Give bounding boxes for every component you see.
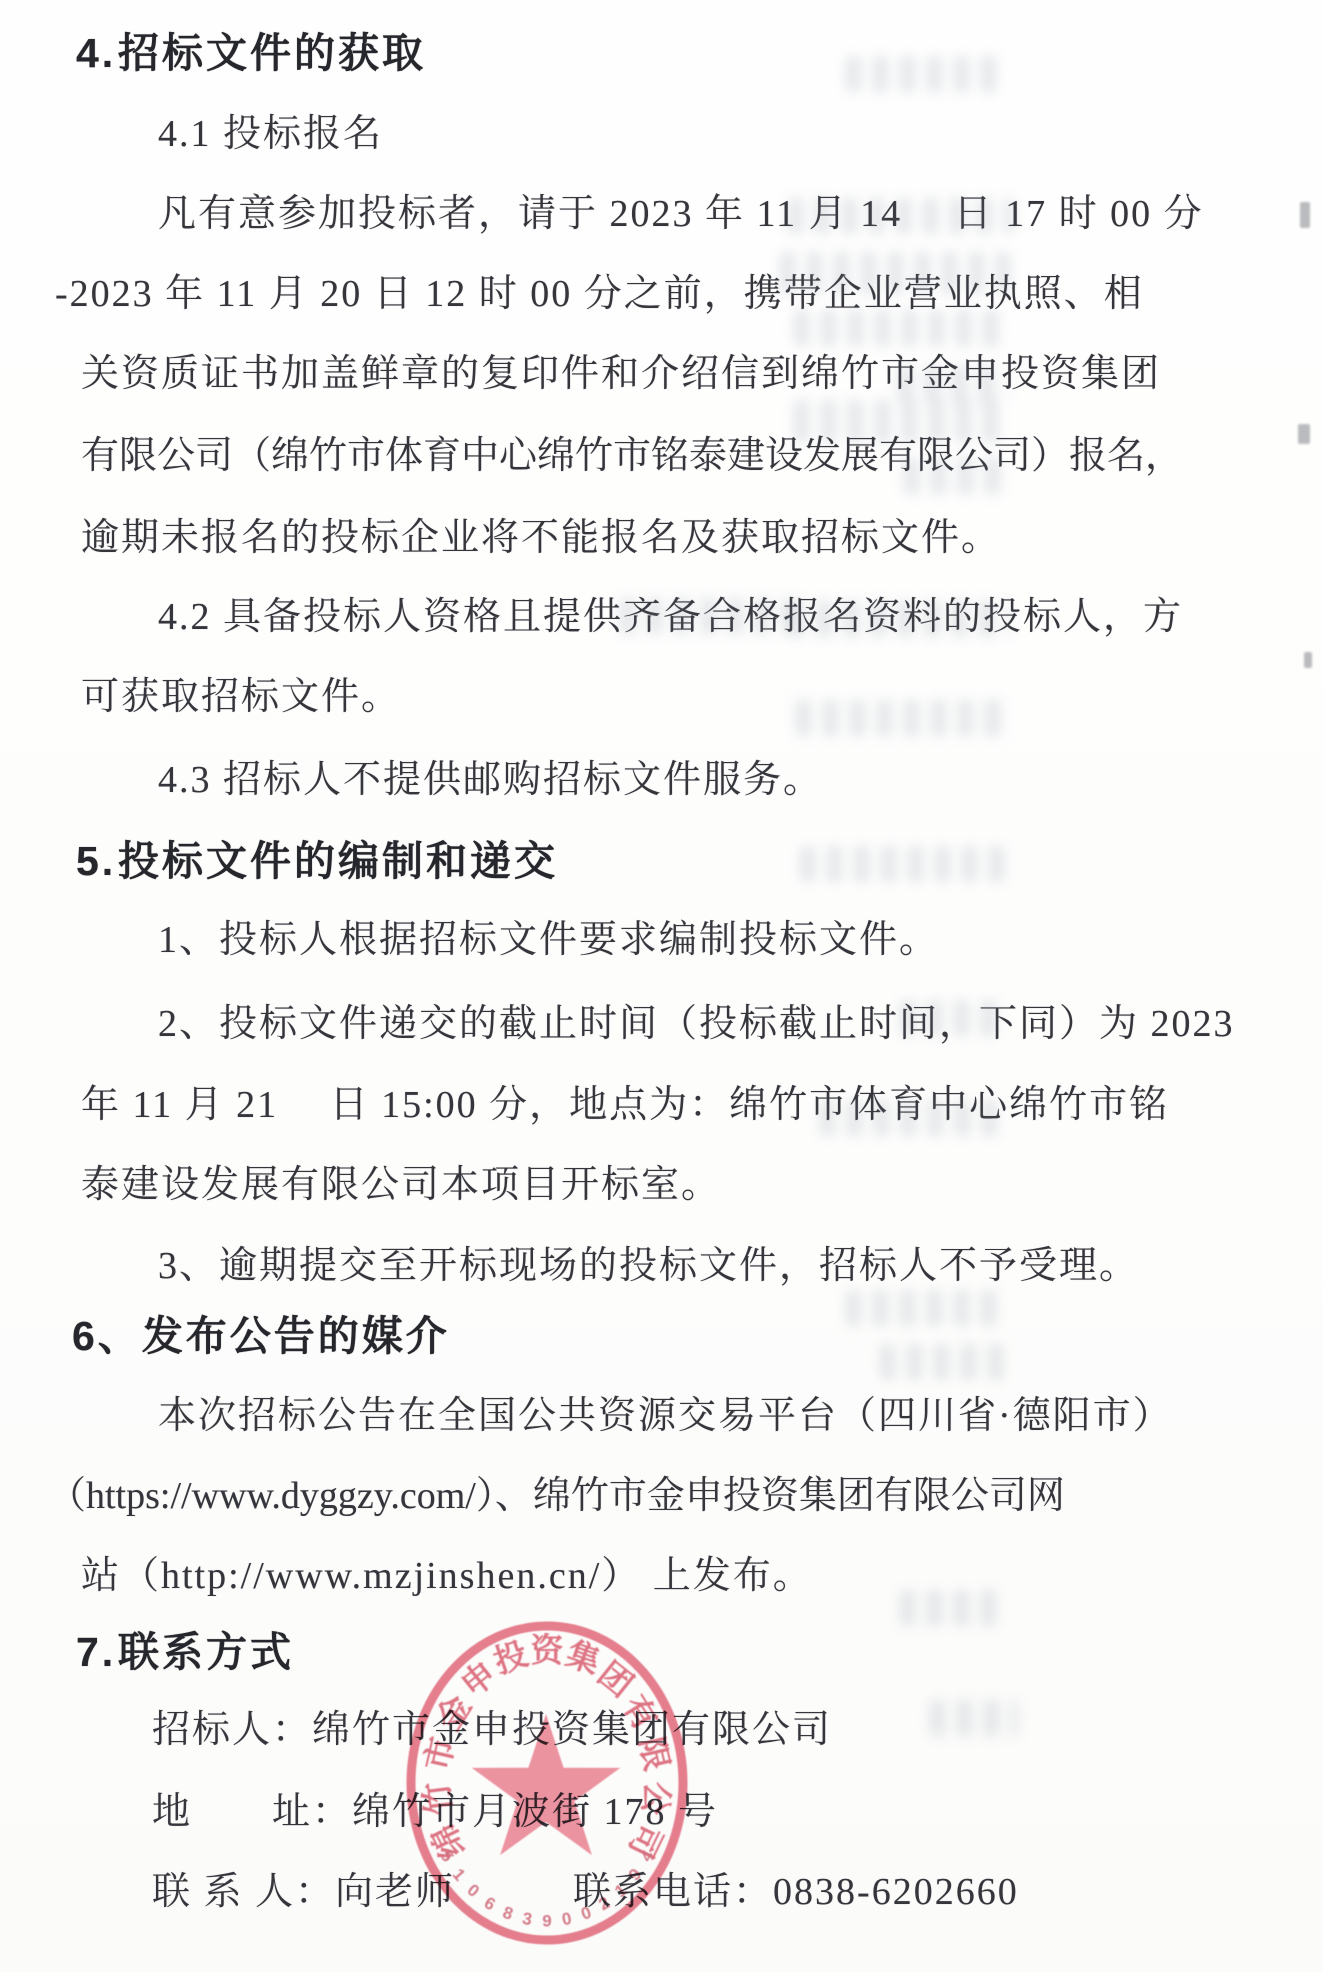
section-5-heading: 5. 投标文件的编制和递交	[76, 836, 558, 886]
contact-person-label: 联 系 人：	[152, 1871, 335, 1913]
bleedthrough-smudge	[820, 1100, 1008, 1136]
bidder-label: 招标人：	[152, 1709, 312, 1751]
bleedthrough-smudge	[900, 1000, 1008, 1036]
document-line: （https://www.dyggzy.com/）、绵竹市金申投资集团有限公司网	[48, 1472, 1065, 1520]
section-number: 5.	[76, 836, 118, 886]
bleedthrough-smudge	[794, 310, 1008, 346]
svg-text:0: 0	[578, 1903, 593, 1924]
section-number: 7.	[76, 1627, 118, 1677]
svg-text:资: 资	[531, 1632, 565, 1669]
document-line: 可获取招标文件。	[81, 673, 401, 721]
section-number: 6、	[72, 1311, 142, 1361]
bleedthrough-smudge	[900, 1590, 1008, 1626]
section-title: 联系方式	[118, 1627, 294, 1677]
svg-text:竹: 竹	[417, 1780, 458, 1817]
document-line: 有限公司（绵竹市体育中心绵竹市铭泰建设发展有限公司）报名，	[81, 432, 1183, 480]
document-line: 3、逾期提交至开标现场的投标文件，招标人不予受理。	[158, 1242, 1139, 1290]
bleedthrough-smudge	[846, 56, 1006, 92]
section-7-heading: 7. 联系方式	[76, 1627, 294, 1677]
bleedthrough-smudge	[930, 1700, 1018, 1736]
phone-value: 0838-6202660	[773, 1871, 1019, 1913]
address-label: 地 址：	[152, 1791, 352, 1833]
seal-star-icon	[472, 1714, 620, 1855]
svg-text:6: 6	[481, 1893, 498, 1914]
document-line: 泰建设发展有限公司本项目开标室。	[81, 1161, 721, 1209]
document-line: 站（http://www.mzjinshen.cn/） 上发布。	[81, 1552, 813, 1600]
svg-text:0: 0	[464, 1880, 483, 1901]
svg-text:1: 1	[611, 1880, 630, 1901]
section-number: 4.	[76, 28, 118, 78]
section-title: 发布公告的媒介	[142, 1311, 450, 1361]
bleedthrough-smudge	[788, 198, 1014, 234]
svg-text:公: 公	[636, 1780, 677, 1817]
bleedthrough-smudge	[898, 366, 1008, 402]
seal-code-digits: 5106839002194	[436, 1847, 658, 1931]
document-line: 2、投标文件递交的截止时间（投标截止时间，下同）为 2023	[158, 1000, 1235, 1048]
bleedthrough-smudge	[780, 252, 1010, 294]
document-line: 凡有意参加投标者，请于 2023 年 11 月 14 日 17 时 00 分	[158, 190, 1204, 238]
svg-text:市: 市	[418, 1734, 461, 1774]
document-line: 1、投标人根据招标文件要求编制投标文件。	[158, 916, 939, 964]
section-4-heading: 4. 招标文件的获取	[76, 28, 426, 78]
section-title: 投标文件的编制和递交	[118, 836, 558, 886]
document-line: 逾期未报名的投标企业将不能报名及获取招标文件。	[81, 514, 1001, 562]
svg-text:1: 1	[449, 1865, 469, 1885]
bleedthrough-smudge	[846, 1290, 1008, 1326]
bleedthrough-smudge	[790, 601, 1010, 637]
section-6-heading: 6、 发布公告的媒介	[72, 1311, 450, 1361]
bleedthrough-smudge	[796, 700, 1010, 736]
scanned-tender-document-page: 4. 招标文件的获取 4.1 投标报名 凡有意参加投标者，请于 2023 年 1…	[0, 0, 1323, 1972]
clause-4-1-heading: 4.1 投标报名	[158, 110, 383, 158]
section-title: 招标文件的获取	[118, 28, 426, 78]
svg-text:限: 限	[633, 1734, 676, 1774]
bleedthrough-smudge	[620, 598, 792, 634]
svg-text:3: 3	[521, 1909, 534, 1929]
scan-speck	[1300, 202, 1310, 228]
scan-speck	[1304, 652, 1312, 668]
svg-text:9: 9	[542, 1912, 551, 1931]
svg-text:8: 8	[500, 1903, 515, 1924]
bleedthrough-smudge	[794, 400, 1010, 442]
company-seal: 绵竹市金申投资集团有限公司 5106839002194	[402, 1620, 692, 1950]
bleedthrough-smudge	[904, 458, 1010, 494]
document-line: 本次招标公告在全国公共资源交易平台（四川省·德阳市）	[158, 1392, 1173, 1440]
document-line: 4.3 招标人不提供邮购招标文件服务。	[158, 756, 823, 804]
svg-text:0: 0	[561, 1909, 574, 1929]
bleedthrough-smudge	[880, 1344, 1008, 1380]
svg-text:9: 9	[625, 1865, 645, 1885]
bleedthrough-smudge	[800, 846, 1008, 882]
scan-speck	[1298, 424, 1310, 444]
svg-text:2: 2	[595, 1893, 612, 1914]
